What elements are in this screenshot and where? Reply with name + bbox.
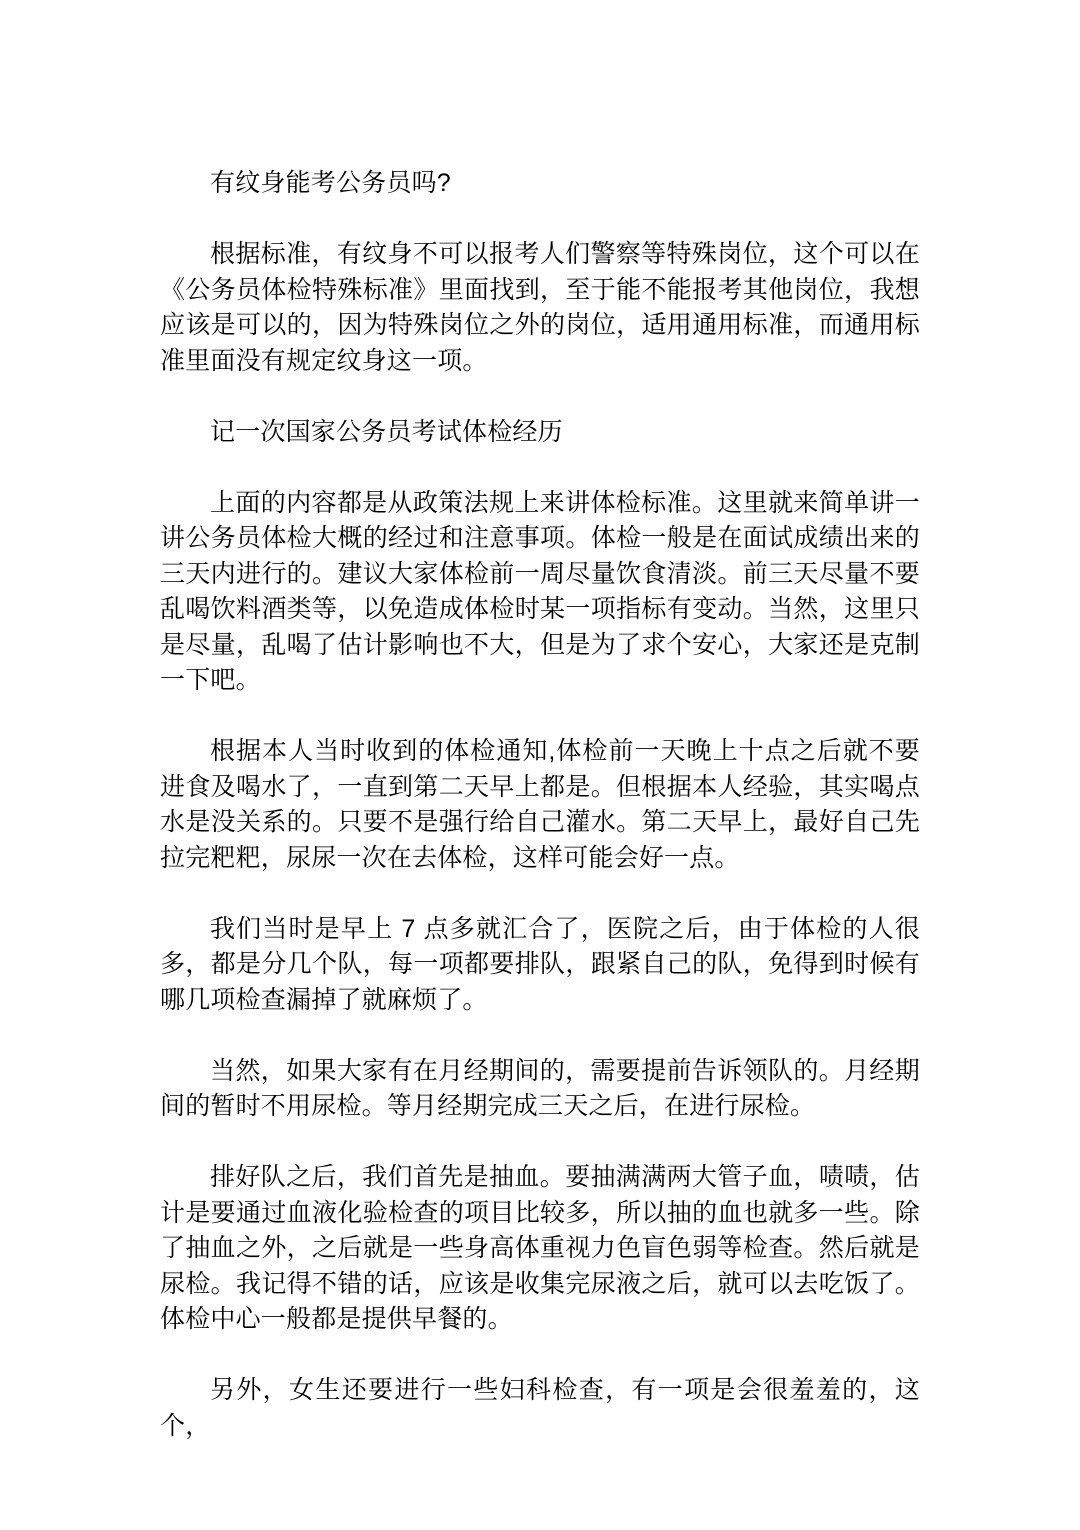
paragraph-gynecology-check: 另外，女生还要进行一些妇科检查，有一项是会很羞羞的，这个，	[160, 1373, 920, 1444]
paragraph-blood-test: 排好队之后，我们首先是抽血。要抽满满两大管子血，啧啧，估计是要通过血液化验检查的…	[160, 1160, 920, 1338]
paragraph-checkup-notice: 根据本人当时收到的体检通知,体检前一天晚上十点之后就不要进食及喝水了，一直到第二…	[160, 734, 920, 876]
paragraph-menstruation-note: 当然，如果大家有在月经期间的，需要提前告诉领队的。月经期间的暂时不用尿检。等月经…	[160, 1054, 920, 1125]
paragraph-tattoo-standard: 根据标准，有纹身不可以报考人们警察等特殊岗位，这个可以在《公务员体检特殊标准》里…	[160, 237, 920, 379]
document-content: 有纹身能考公务员吗? 根据标准，有纹身不可以报考人们警察等特殊岗位，这个可以在《…	[160, 166, 920, 1480]
paragraph-morning-gathering: 我们当时是早上 7 点多就汇合了，医院之后，由于体检的人很多，都是分几个队，每一…	[160, 912, 920, 1019]
section-heading-exam-experience: 记一次国家公务员考试体检经历	[160, 415, 920, 451]
paragraph-checkup-overview: 上面的内容都是从政策法规上来讲体检标准。这里就来简单讲一讲公务员体检大概的经过和…	[160, 486, 920, 699]
document-page: 有纹身能考公务员吗? 根据标准，有纹身不可以报考人们警察等特殊岗位，这个可以在《…	[0, 0, 1080, 1530]
question-title: 有纹身能考公务员吗?	[160, 166, 920, 202]
